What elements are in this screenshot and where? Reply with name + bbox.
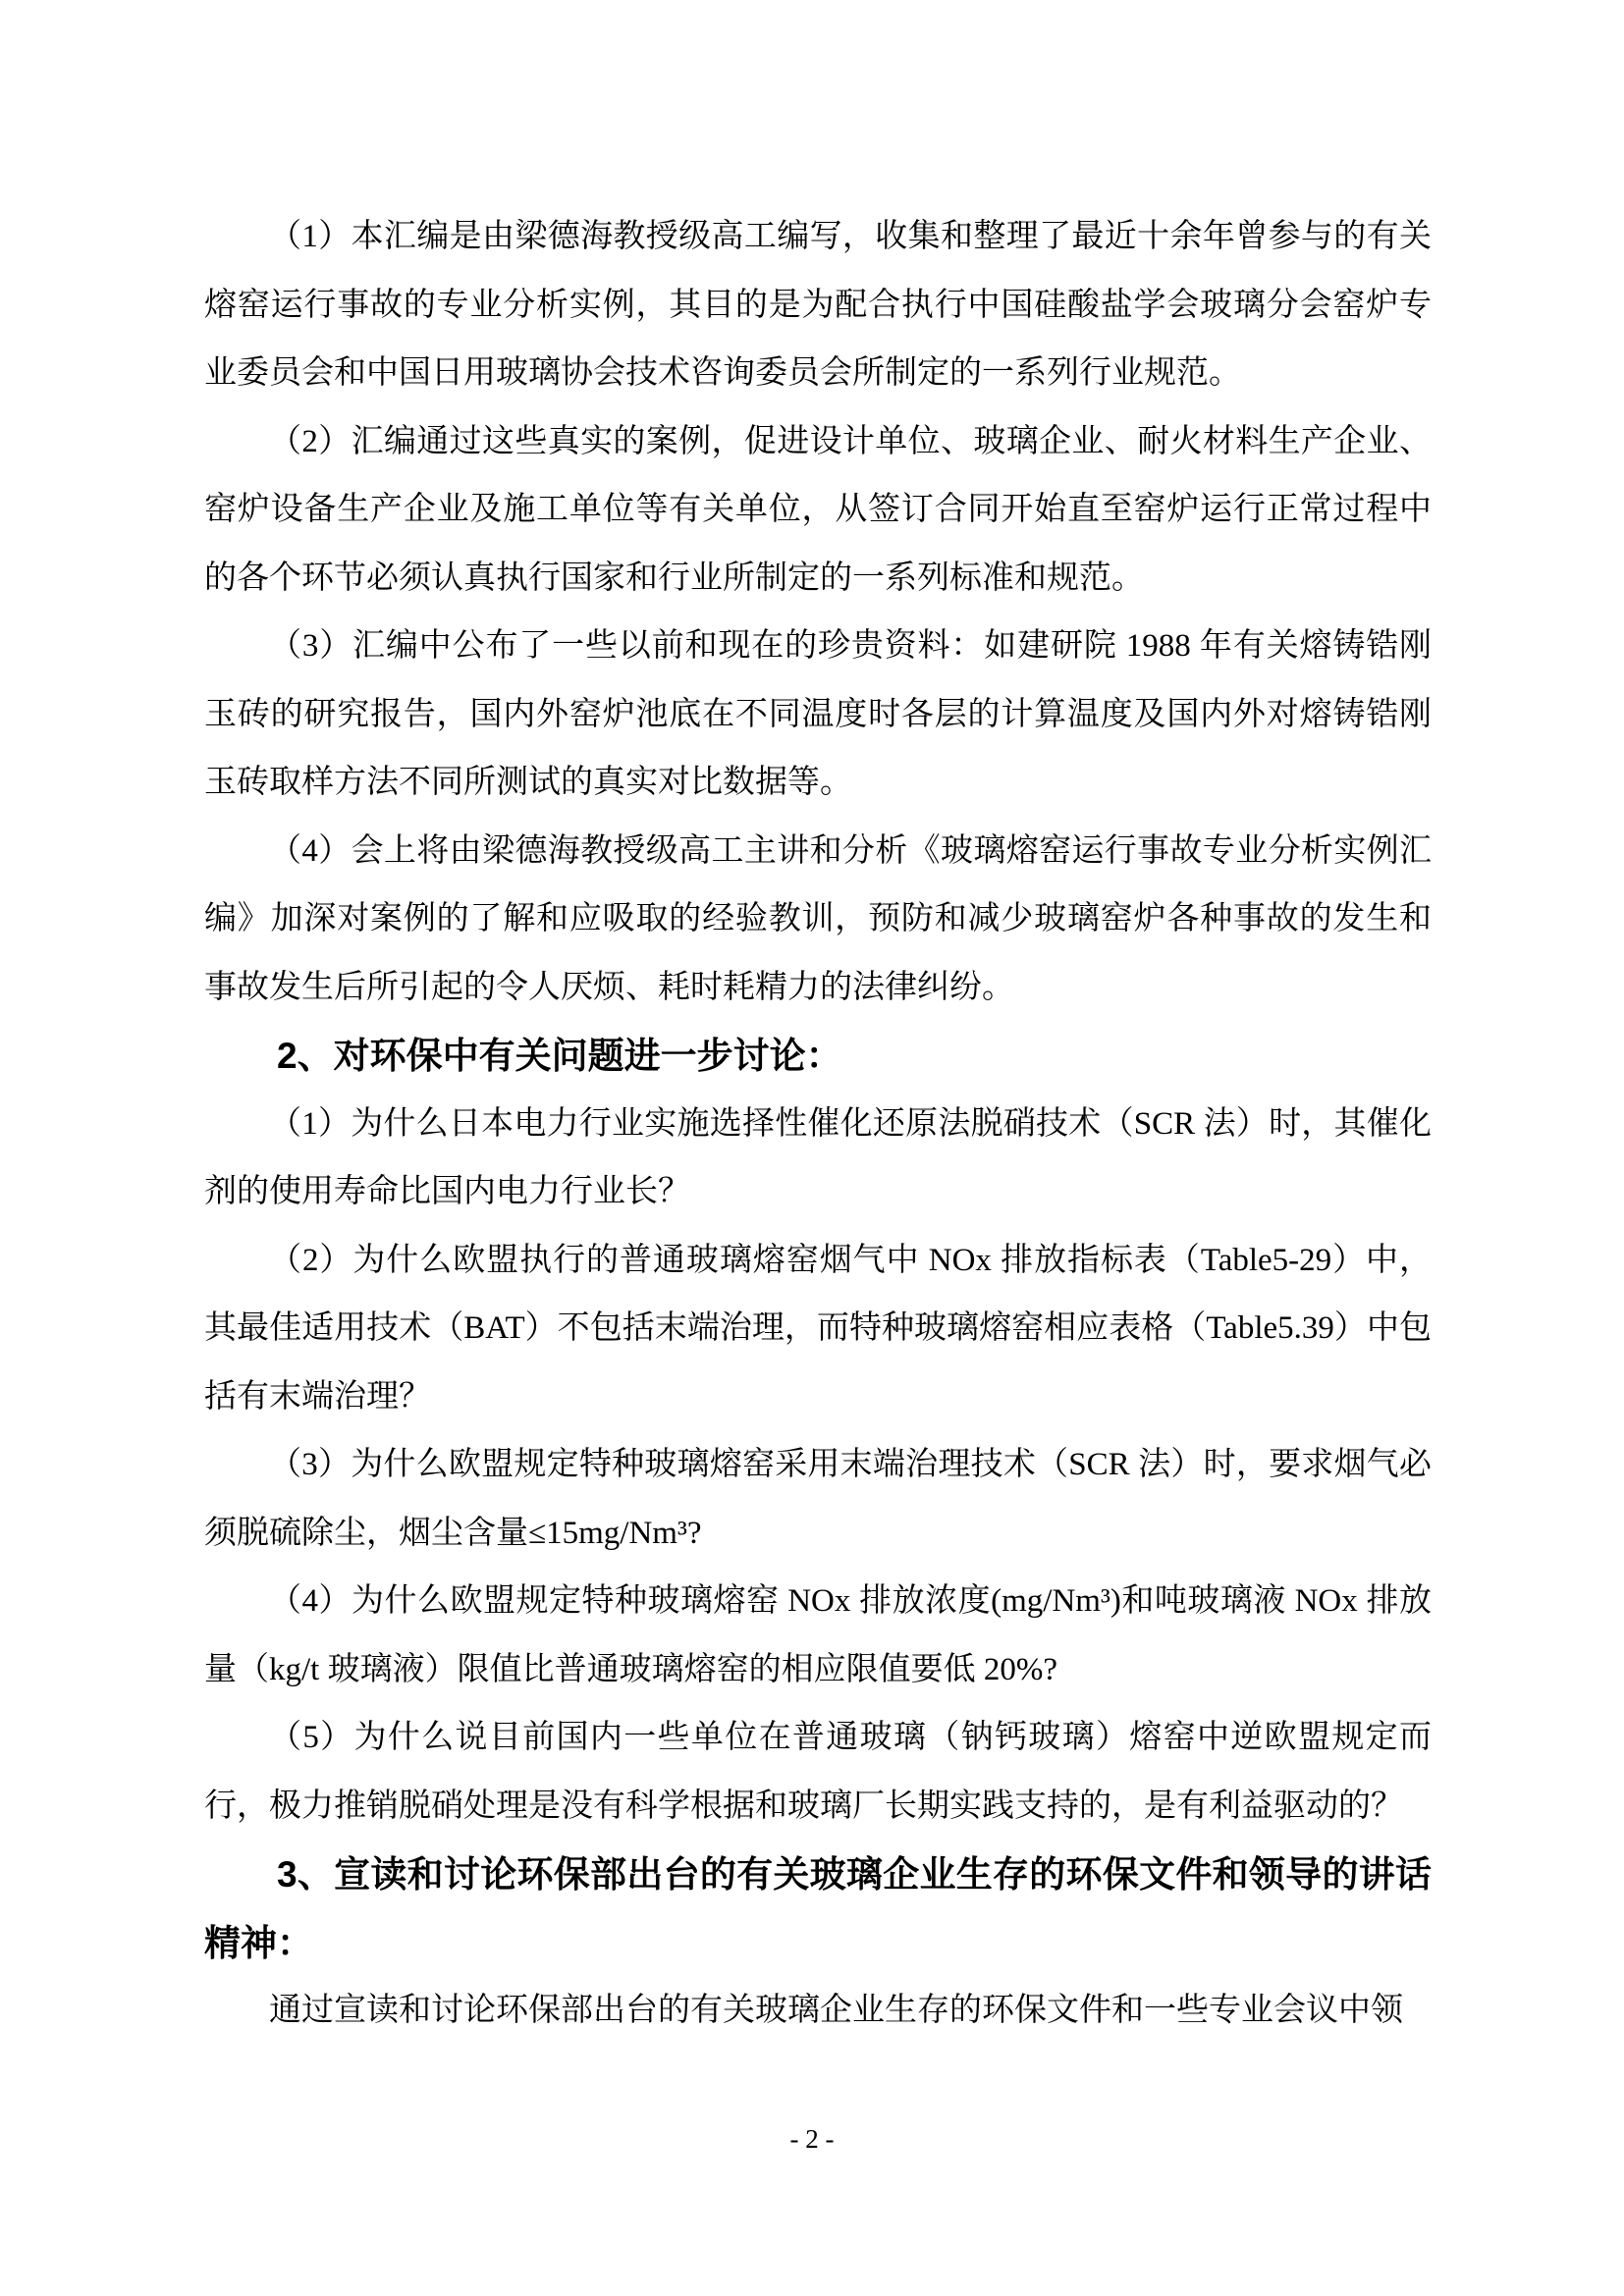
paragraph-mep-documents-intro: 通过宣读和讨论环保部出台的有关玻璃企业生存的环保文件和一些专业会议中领 — [204, 1977, 1432, 2046]
page-number: - 2 - — [0, 2123, 1624, 2155]
document-body: （1）本汇编是由梁德海教授级高工编写，收集和整理了最近十余年曾参与的有关熔窑运行… — [204, 203, 1432, 2046]
section-heading-3-mep-documents: 3、宣读和讨论环保部出台的有关玻璃企业生存的环保文件和领导的讲话精神： — [204, 1841, 1432, 1977]
list-item-4-lecture-analysis: （4）会上将由梁德海教授级高工主讲和分析《玻璃熔窑运行事故专业分析实例汇编》加深… — [204, 818, 1432, 1023]
list-item-1-compilation-author: （1）本汇编是由梁德海教授级高工编写，收集和整理了最近十余年曾参与的有关熔窑运行… — [204, 203, 1432, 408]
section-heading-2-environment: 2、对环保中有关问题进一步讨论： — [204, 1022, 1432, 1091]
document-page: （1）本汇编是由梁德海教授级高工编写，收集和整理了最近十余年曾参与的有关熔窑运行… — [0, 0, 1624, 2296]
question-4-nox-limits-lower: （4）为什么欧盟规定特种玻璃熔窑 NOx 排放浓度(mg/Nm³)和吨玻璃液 N… — [204, 1568, 1432, 1704]
question-3-eu-special-glass-scr: （3）为什么欧盟规定特种玻璃熔窑采用末端治理技术（SCR 法）时，要求烟气必须脱… — [204, 1431, 1432, 1568]
question-5-domestic-denitration: （5）为什么说目前国内一些单位在普通玻璃（钠钙玻璃）熔窑中逆欧盟规定而行，极力推… — [204, 1704, 1432, 1841]
list-item-2-real-cases: （2）汇编通过这些真实的案例，促进设计单位、玻璃企业、耐火材料生产企业、窑炉设备… — [204, 408, 1432, 614]
list-item-3-valuable-data: （3）汇编中公布了一些以前和现在的珍贵资料：如建研院 1988 年有关熔铸锆刚玉… — [204, 613, 1432, 818]
question-1-japan-scr: （1）为什么日本电力行业实施选择性催化还原法脱硝技术（SCR 法）时，其催化剂的… — [204, 1091, 1432, 1227]
question-2-eu-nox-tables: （2）为什么欧盟执行的普通玻璃熔窑烟气中 NOx 排放指标表（Table5-29… — [204, 1227, 1432, 1432]
